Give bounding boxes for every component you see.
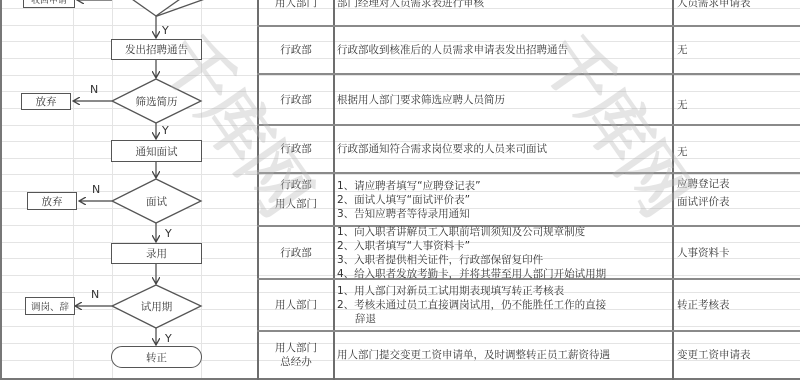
table-row-1-desc: 行政部收到核准后的人员需求申请表发出招聘通告 — [337, 27, 670, 73]
form-text: 无 — [677, 145, 688, 159]
table-row-5-form: 人事资料卡 — [677, 227, 797, 278]
desc-line: 1、向入职者讲解员工入职前培训须知及公司规章制度 — [337, 225, 606, 239]
dept-text: 用人部门 — [275, 298, 317, 312]
node-label: 转正 — [146, 350, 167, 365]
table-row-4-form: 应聘登记表 面试评价表 — [677, 174, 797, 212]
flow-node-give-up-1: 放弃 — [21, 93, 71, 110]
form-text: 面试评价表 — [677, 195, 730, 209]
table-row-1-dept: 行政部 — [259, 27, 333, 73]
dept-text: 行政部 — [280, 93, 312, 107]
desc-line: 2、面试人填写“面试评价表” — [337, 193, 481, 207]
table-row-7-desc: 用人部门提交变更工资申请单，及时调整转正员工薪资待遇 — [337, 332, 670, 378]
yes-label: Y — [165, 332, 172, 345]
table-row-0-form: 人员需求申请表 — [677, 0, 797, 13]
dept-text: 行政部 — [280, 178, 312, 192]
table-row-3-desc: 行政部通知符合需求岗位要求的人员来司面试 — [337, 126, 670, 172]
node-label: 放弃 — [36, 94, 57, 109]
node-label: 收回申请 — [31, 0, 67, 6]
table-row-3-dept: 行政部 — [259, 126, 333, 172]
no-label: N — [90, 83, 98, 96]
desc-line: 1、请应聘者填写“应聘登记表” — [337, 179, 481, 193]
desc-line: 3、告知应聘者等待录用通知 — [337, 207, 481, 221]
yes-label: Y — [162, 24, 169, 37]
table-row-6-dept: 用人部门 — [259, 280, 333, 330]
desc-line: 3、入职者提供相关证件，行政部保留复印件 — [337, 253, 606, 267]
table-row-1-form: 无 — [677, 27, 797, 73]
desc-text: 根据用人部门要求筛选应聘人员简历 — [337, 93, 505, 107]
table-row-4-dept: 行政部 用人部门 — [259, 174, 333, 214]
flow-node-notify-interview: 通知面试 — [111, 140, 202, 162]
node-label: 放弃 — [42, 194, 63, 209]
dept-text: 行政部 — [280, 43, 312, 57]
flow-node-transfer-dismiss: 调岗、辞 — [25, 297, 75, 315]
spreadsheet: 用人部门 部门经理对人员需求表进行审核 人员需求申请表 行政部 行政部收到核准后… — [0, 0, 800, 380]
node-label: 通知面试 — [136, 144, 178, 159]
dept-text: 行政部 — [280, 246, 312, 260]
form-text: 无 — [677, 43, 688, 57]
desc-line: 1、用人部门对新员工试用期表现填写转正考核表 — [337, 284, 606, 298]
dept-text: 用人部门 — [275, 0, 317, 10]
table-row-7-dept: 用人部门 总经办 — [259, 332, 333, 378]
form-text: 变更工资申请表 — [677, 348, 751, 362]
no-label: N — [91, 288, 99, 301]
column-divider-desc — [333, 0, 335, 380]
table-row-6-desc: 1、用人部门对新员工试用期表现填写转正考核表 2、考核未通过员工直接调岗试用，仍… — [337, 280, 670, 330]
flow-node-screen-resume: 筛选简历 — [112, 91, 201, 111]
form-text: 转正考核表 — [677, 298, 730, 312]
desc-line: 2、入职者填写“人事资料卡” — [337, 239, 606, 253]
table-row-2-desc: 根据用人部门要求筛选应聘人员简历 — [337, 75, 670, 124]
desc-line: 2、考核未通过员工直接调岗试用，仍不能胜任工作的直接 — [337, 298, 606, 312]
form-text: 人员需求申请表 — [677, 0, 751, 10]
node-label: 试用期 — [141, 299, 173, 314]
flow-node-collect-request: 收回申请 — [23, 0, 75, 8]
node-label: 面试 — [146, 194, 167, 209]
node-label: 录用 — [146, 246, 167, 261]
dept-text: 行政部 — [280, 142, 312, 156]
table-row-3-form: 无 — [677, 129, 797, 175]
flow-node-give-up-2: 放弃 — [27, 192, 77, 210]
flow-node-probation: 试用期 — [112, 296, 201, 316]
yes-label: Y — [162, 124, 169, 137]
dept-text: 总经办 — [280, 355, 312, 369]
desc-text: 行政部收到核准后的人员需求申请表发出招聘通告 — [337, 43, 568, 57]
table-row-0-desc: 部门经理对人员需求表进行审核 — [337, 0, 670, 13]
form-text: 无 — [677, 98, 688, 112]
table-row-6-form: 转正考核表 — [677, 280, 797, 330]
no-label: N — [92, 183, 100, 196]
table-row-7-form: 变更工资申请表 — [677, 332, 797, 378]
yes-label: Y — [165, 227, 172, 240]
table-row-5-desc: 1、向入职者讲解员工入职前培训须知及公司规章制度 2、入职者填写“人事资料卡” … — [337, 227, 670, 278]
flow-node-regularize: 转正 — [111, 346, 202, 368]
node-label: 发出招聘通告 — [125, 42, 188, 57]
form-text: 人事资料卡 — [677, 246, 730, 260]
desc-text: 行政部通知符合需求岗位要求的人员来司面试 — [337, 142, 547, 156]
dept-text: 用人部门 — [275, 197, 317, 211]
desc-line: 4、给入职者发放考勤卡，并将其带至用人部门开始试用期 — [337, 267, 606, 281]
flow-node-interview: 面试 — [112, 191, 201, 211]
flow-node-hire: 录用 — [111, 243, 202, 264]
table-row-4-desc: 1、请应聘者填写“应聘登记表” 2、面试人填写“面试评价表” 3、告知应聘者等待… — [337, 176, 670, 224]
dept-text: 用人部门 — [275, 341, 317, 355]
flow-node-post-notice: 发出招聘通告 — [111, 39, 202, 60]
column-divider-form — [672, 0, 674, 380]
desc-line: 辞退 — [337, 312, 606, 326]
node-label: 筛选简历 — [136, 94, 178, 109]
desc-text: 用人部门提交变更工资申请单，及时调整转正员工薪资待遇 — [337, 348, 610, 362]
desc-text: 部门经理对人员需求表进行审核 — [337, 0, 484, 10]
table-row-2-form: 无 — [677, 80, 797, 129]
node-label: 调岗、辞 — [31, 299, 69, 313]
table-row-0-dept: 用人部门 — [259, 0, 333, 13]
table-row-5-dept: 行政部 — [259, 227, 333, 278]
table-row-2-dept: 行政部 — [259, 75, 333, 124]
form-text: 应聘登记表 — [677, 177, 730, 191]
